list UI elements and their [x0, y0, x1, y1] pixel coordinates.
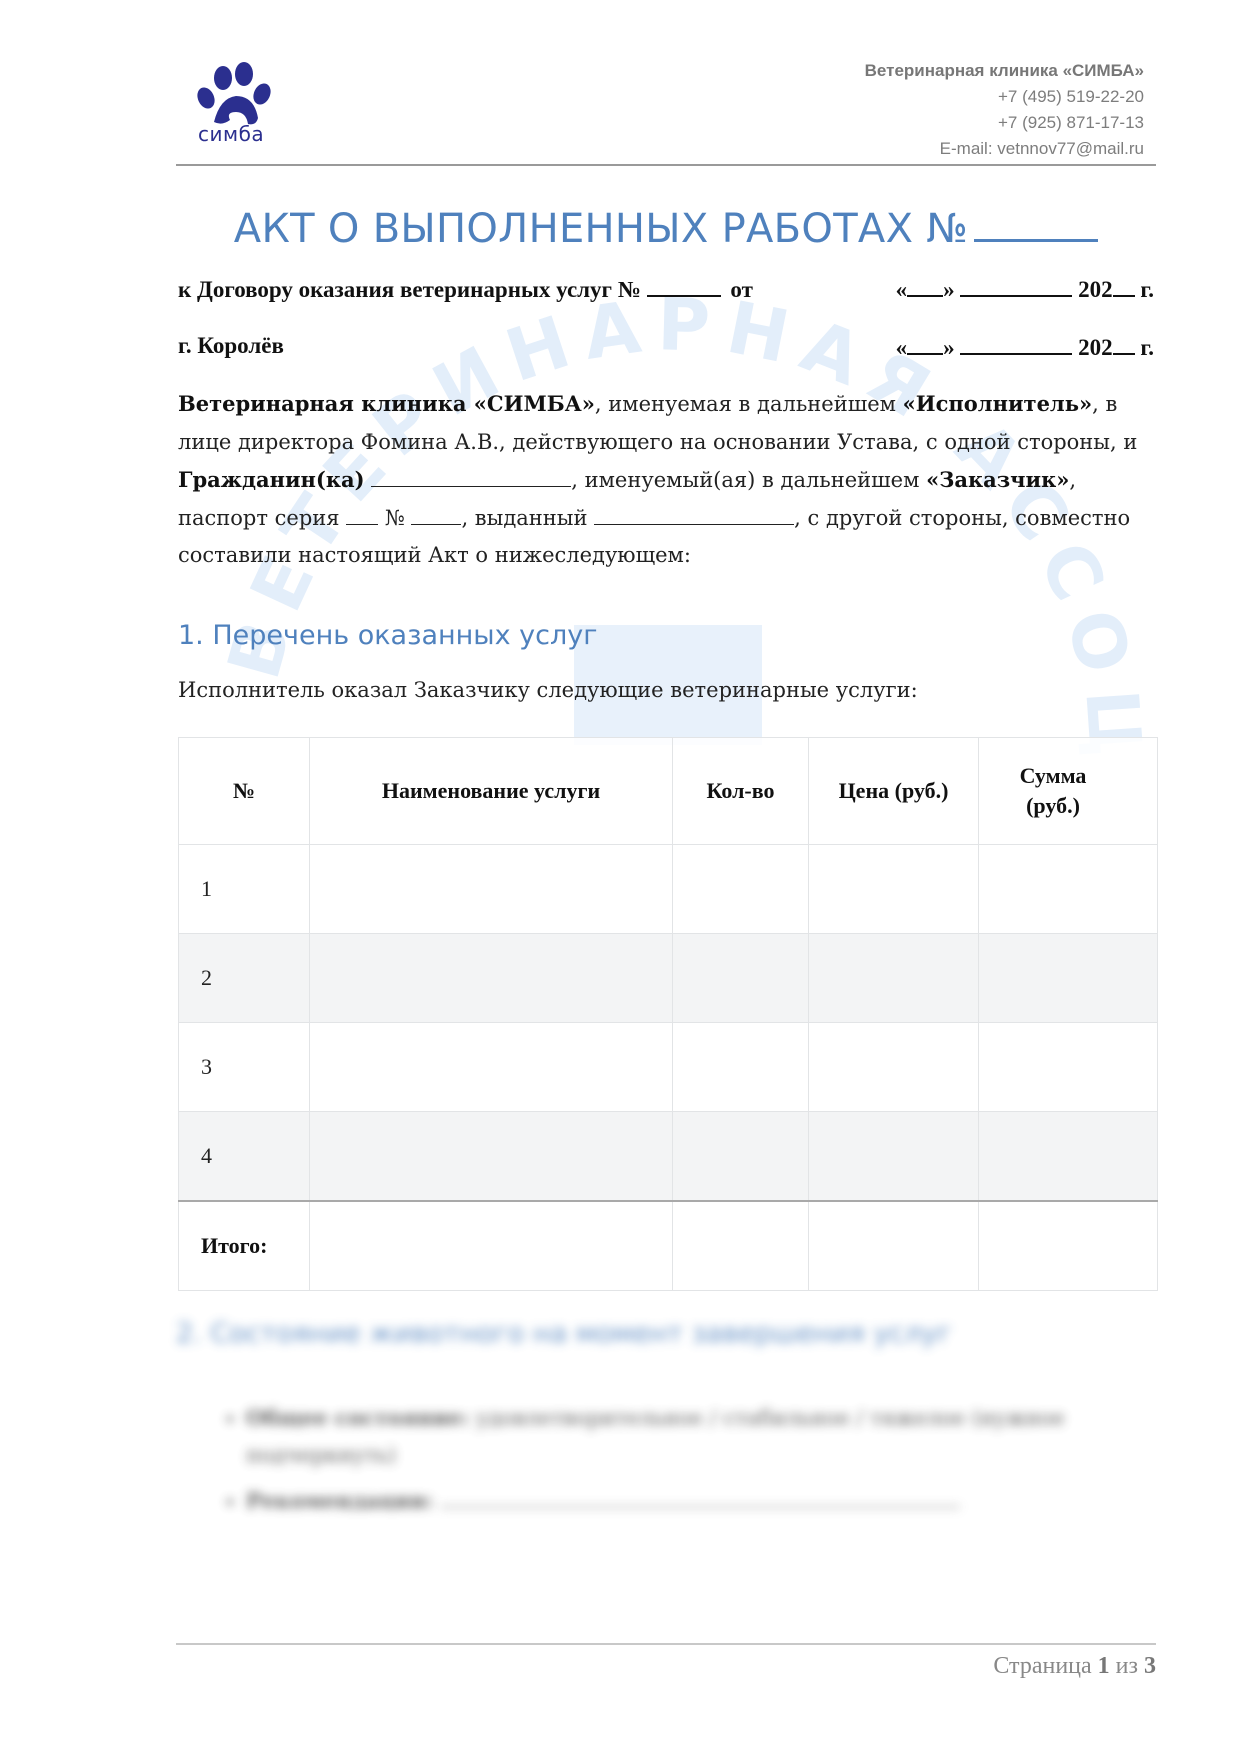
list-item: Общее состояние: удовлетворительное / ст… [246, 1399, 1136, 1474]
customer-role: «Заказчик» [926, 467, 1069, 492]
of-word: из [1116, 1653, 1138, 1679]
act-day-blank[interactable] [907, 333, 943, 355]
contract-prefix: к Договору оказания ветеринарных услуг № [178, 277, 641, 302]
services-table: № Наименование услуги Кол-во Цена (руб.)… [178, 737, 1158, 1291]
title-text: АКТ О ВЫПОЛНЕННЫХ РАБОТАХ № [234, 206, 968, 252]
row-number: 4 [179, 1112, 310, 1202]
table-row: 1 [179, 845, 1158, 934]
sum-cell[interactable] [979, 934, 1158, 1023]
intro-text: , именуемая в дальнейшем [595, 392, 903, 416]
contract-year-blank[interactable] [1113, 275, 1135, 297]
total-sum-cell[interactable] [979, 1201, 1158, 1291]
passport-number-blank[interactable] [411, 506, 461, 525]
total-row: Итого: [179, 1201, 1158, 1291]
service-name-cell[interactable] [310, 1112, 673, 1202]
quantity-cell[interactable] [673, 1023, 809, 1112]
row-number: 1 [179, 845, 310, 934]
contract-from: от [730, 277, 753, 302]
act-number-blank[interactable] [974, 205, 1098, 242]
contract-line: к Договору оказания ветеринарных услуг №… [178, 275, 1154, 303]
executor-role: «Исполнитель» [903, 391, 1092, 416]
contract-year: 202 [1078, 277, 1113, 302]
item-label: Рекомендации: [246, 1488, 433, 1513]
footer-divider [176, 1643, 1156, 1645]
table-header-row: № Наименование услуги Кол-во Цена (руб.)… [179, 738, 1158, 845]
recommendations-blank [440, 1486, 960, 1508]
price-cell[interactable] [809, 845, 979, 934]
quote-open: « [896, 335, 908, 360]
act-year-blank[interactable] [1113, 333, 1135, 355]
page-word: Страница [993, 1653, 1091, 1679]
item-label: Общее состояние: [246, 1405, 469, 1430]
passport-series-blank[interactable] [346, 506, 378, 525]
year-suffix: г. [1140, 335, 1154, 360]
phone-1: +7 (495) 519-22-20 [865, 84, 1144, 110]
intro-text: № [378, 506, 411, 530]
service-name-cell[interactable] [310, 934, 673, 1023]
table-row: 4 [179, 1112, 1158, 1202]
email: E-mail: vetnnov77@mail.ru [865, 136, 1144, 162]
quote-close: » [943, 277, 955, 302]
act-month-blank[interactable] [960, 333, 1072, 355]
section-2-heading: 2. Состояние животного на момент заверше… [176, 1318, 1136, 1349]
list-item: Рекомендации: [246, 1482, 1136, 1520]
document-title: АКТ О ВЫПОЛНЕННЫХ РАБОТАХ № [176, 205, 1156, 252]
contract-day-blank[interactable] [907, 275, 943, 297]
col-sum: Сумма (руб.) [979, 738, 1158, 845]
intro-text: , именуемый(ая) в дальнейшем [571, 468, 926, 492]
col-price: Цена (руб.) [809, 738, 979, 845]
sum-cell[interactable] [979, 1112, 1158, 1202]
document-page: симба Ветеринарная клиника «СИМБА» +7 (4… [0, 0, 1240, 1754]
total-quantity-cell[interactable] [673, 1201, 809, 1291]
act-year: 202 [1078, 335, 1113, 360]
phone-2: +7 (925) 871-17-13 [865, 110, 1144, 136]
executor-name: Ветеринарная клиника «СИМБА» [178, 391, 595, 416]
col-quantity: Кол-во [673, 738, 809, 845]
section-1-lead: Исполнитель оказал Заказчику следующие в… [178, 678, 918, 702]
city: г. Королёв [178, 333, 284, 361]
current-page: 1 [1098, 1653, 1110, 1679]
col-number: № [179, 738, 310, 845]
service-name-cell[interactable] [310, 1023, 673, 1112]
contract-number-blank[interactable] [647, 275, 721, 297]
price-cell[interactable] [809, 934, 979, 1023]
row-number: 3 [179, 1023, 310, 1112]
quantity-cell[interactable] [673, 1112, 809, 1202]
logo-text: симба [198, 122, 264, 146]
year-suffix: г. [1140, 277, 1154, 302]
city-date-line: г. Королёв «» 202 г. [178, 333, 1154, 361]
table-row: 3 [179, 1023, 1158, 1112]
total-label: Итого: [179, 1201, 310, 1291]
row-number: 2 [179, 934, 310, 1023]
section-2-list: Общее состояние: удовлетворительное / ст… [176, 1399, 1136, 1520]
sum-cell[interactable] [979, 845, 1158, 934]
clinic-name: Ветеринарная клиника «СИМБА» [865, 58, 1144, 84]
customer-label: Гражданин(ка) [178, 467, 365, 492]
service-name-cell[interactable] [310, 845, 673, 934]
total-name-cell [310, 1201, 673, 1291]
page-counter: Страница 1 из 3 [993, 1653, 1156, 1680]
quote-close: » [943, 335, 955, 360]
total-price-cell[interactable] [809, 1201, 979, 1291]
quantity-cell[interactable] [673, 934, 809, 1023]
price-cell[interactable] [809, 1112, 979, 1202]
price-cell[interactable] [809, 1023, 979, 1112]
total-pages: 3 [1144, 1653, 1156, 1679]
col-service-name: Наименование услуги [310, 738, 673, 845]
clinic-contacts: Ветеринарная клиника «СИМБА» +7 (495) 51… [865, 58, 1144, 162]
intro-text: , выданный [461, 506, 594, 530]
header-divider [176, 164, 1156, 166]
contract-month-blank[interactable] [960, 275, 1072, 297]
table-row: 2 [179, 934, 1158, 1023]
quantity-cell[interactable] [673, 845, 809, 934]
sum-cell[interactable] [979, 1023, 1158, 1112]
intro-paragraph: Ветеринарная клиника «СИМБА», именуемая … [178, 385, 1168, 575]
blurred-section-2: 2. Состояние животного на момент заверше… [176, 1318, 1136, 1528]
passport-issuer-blank[interactable] [594, 506, 794, 525]
customer-name-blank[interactable] [371, 468, 571, 487]
quote-open: « [896, 277, 908, 302]
section-1-heading: 1. Перечень оказанных услуг [178, 620, 597, 651]
